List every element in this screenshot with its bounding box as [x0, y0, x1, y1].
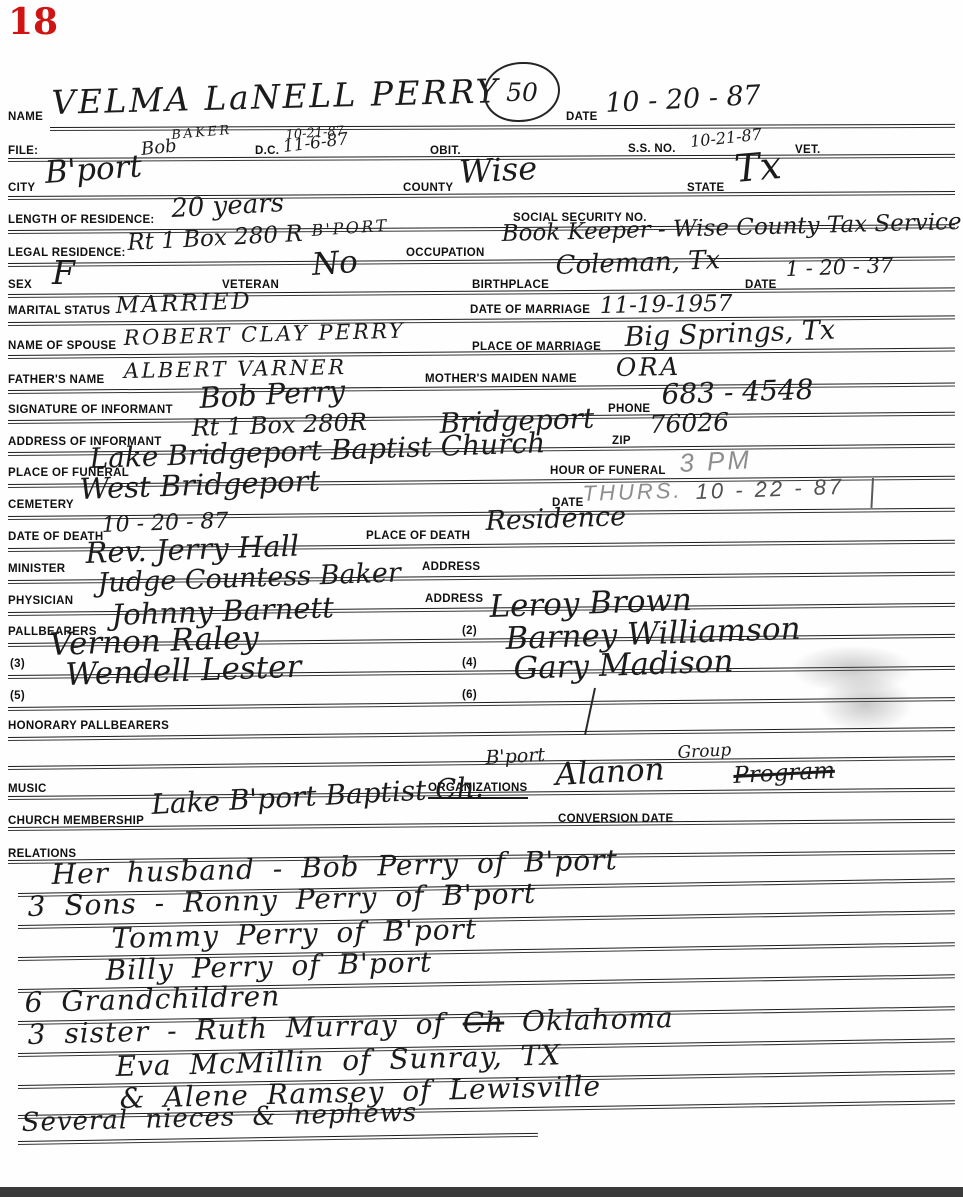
dc-value: 11-6-87: [282, 132, 349, 155]
file-label: FILE:: [8, 146, 38, 158]
relations-line-6-struck: Ch: [462, 1006, 504, 1040]
physician-value: Judge Countess Baker: [97, 561, 401, 596]
funeral-hour-value: 3 PM: [679, 448, 753, 475]
father-name-label: FATHER'S NAME: [8, 375, 105, 387]
cemetery-date-value: 10 - 22 - 87: [695, 477, 844, 502]
file-note: BAKER: [171, 125, 232, 142]
relations-line-4: Billy Perry of B'port: [105, 949, 432, 983]
form-rule: [8, 697, 955, 711]
organizations-value: Alanon: [555, 756, 666, 790]
pallbearer-2-num: (2): [462, 626, 477, 638]
sex-label: SEX: [8, 280, 32, 292]
legal-residence-note: B'PORT: [311, 219, 389, 239]
organizations-place-note: B'port: [485, 747, 545, 767]
organizations-struck: Program: [733, 761, 836, 787]
scan-edge-bar: [0, 1187, 963, 1197]
county-value: Wise: [458, 154, 537, 187]
pallbearer-3-num: (3): [10, 659, 25, 671]
ssn-label: S.S. NO.: [628, 144, 676, 156]
informant-signature-label: SIGNATURE OF INFORMANT: [8, 405, 173, 417]
mother-name-value: ORA: [616, 356, 681, 380]
zip-value: 76026: [649, 411, 729, 436]
county-label: COUNTY: [403, 183, 453, 195]
pallbearer-5: Wendell Lester: [65, 654, 302, 690]
page-number: 18: [8, 4, 58, 40]
cemetery-value: West Bridgeport: [79, 468, 320, 502]
church-membership-value: Lake B'port Baptist Ch.: [151, 775, 484, 818]
file-value: Bob: [140, 138, 177, 158]
death-place-value: Residence: [485, 505, 626, 534]
phone-label: PHONE: [608, 404, 650, 416]
form-rule: [8, 819, 955, 831]
spouse-value: ROBERT CLAY PERRY: [124, 322, 406, 348]
relations-line-5: 6 Grandchildren: [24, 983, 280, 1015]
marriage-place-value: Big Springs, Tx: [624, 319, 835, 351]
dc-label: D.C.: [255, 146, 279, 158]
physician-address-label: ADDRESS: [425, 594, 483, 606]
pallbearer-6-num: (6): [462, 690, 477, 702]
informant-signature-value: Bob Perry: [199, 377, 346, 411]
physician-label: PHYSICIAN: [8, 596, 73, 608]
state-label: STATE: [687, 183, 725, 195]
length-of-residence-value: 20 years: [171, 192, 285, 221]
obit-label: OBIT.: [430, 146, 461, 158]
phone-value: 683 - 4548: [661, 377, 814, 407]
sex-value: F: [52, 258, 75, 288]
honorary-pallbearers-label: HONORARY PALLBEARERS: [8, 721, 169, 733]
relations-line-9: Several nieces & nephews: [21, 1102, 417, 1136]
age-value: 50: [506, 78, 538, 107]
cemetery-label: CEMETERY: [8, 500, 74, 512]
pallbearer-5-num: (5): [10, 691, 25, 703]
music-label: MUSIC: [8, 784, 47, 796]
name-value: VELMA LaNELL PERRY: [51, 76, 500, 117]
spouse-label: NAME OF SPOUSE: [8, 341, 116, 353]
name-label: NAME: [8, 112, 43, 124]
minister-address-label: ADDRESS: [422, 562, 480, 574]
mother-name-label: MOTHER'S MAIDEN NAME: [425, 374, 577, 386]
relations-line-6-post: Oklahoma: [504, 1001, 674, 1038]
date-label: DATE: [566, 112, 598, 124]
marriage-date-label: DATE OF MARRIAGE: [470, 305, 590, 317]
form-rule: [8, 191, 955, 200]
cemetery-date-day: THURS.: [582, 481, 683, 504]
minister-label: MINISTER: [8, 564, 65, 576]
conversion-date-label: CONVERSION DATE: [558, 814, 673, 826]
age-circle: 50: [484, 62, 560, 122]
birthplace-value: Coleman, Tx: [555, 249, 720, 278]
state-value: Tx: [733, 148, 783, 186]
pallbearer-4-num: (4): [462, 658, 477, 670]
vet-label: VET.: [795, 145, 821, 157]
organizations-note: Group: [677, 743, 732, 761]
marriage-date-value: 11-19-1957: [600, 294, 733, 317]
marriage-place-label: PLACE OF MARRIAGE: [472, 342, 601, 354]
zip-label: ZIP: [612, 436, 631, 448]
date-value: 10 - 20 - 87: [605, 84, 762, 116]
veteran-value: No: [311, 249, 359, 280]
length-of-residence-label: LENGTH OF RESIDENCE:: [8, 215, 155, 227]
birth-date-label: DATE: [745, 280, 777, 292]
record-card: 18 NAME VELMA LaNELL PERRY 50 DATE 10 - …: [0, 0, 963, 1197]
ink-smudge: [818, 675, 913, 733]
funeral-hour-label: HOUR OF FUNERAL: [550, 466, 666, 478]
marital-status-value: MARRIED: [115, 291, 252, 316]
pen-stroke: [584, 688, 596, 735]
city-value: B'port: [44, 153, 143, 188]
marital-status-label: MARITAL STATUS: [8, 306, 110, 318]
birth-date-value: 1 - 20 - 37: [785, 256, 893, 279]
pallbearer-6: Gary Madison: [513, 648, 734, 684]
birthplace-label: BIRTHPLACE: [472, 280, 549, 292]
occupation-label: OCCUPATION: [406, 248, 485, 260]
church-membership-label: CHURCH MEMBERSHIP: [8, 816, 144, 828]
city-label: CITY: [8, 183, 35, 195]
pen-tick: [870, 478, 874, 508]
death-place-label: PLACE OF DEATH: [366, 531, 470, 543]
legal-residence-value: Rt 1 Box 280 R: [127, 224, 303, 254]
